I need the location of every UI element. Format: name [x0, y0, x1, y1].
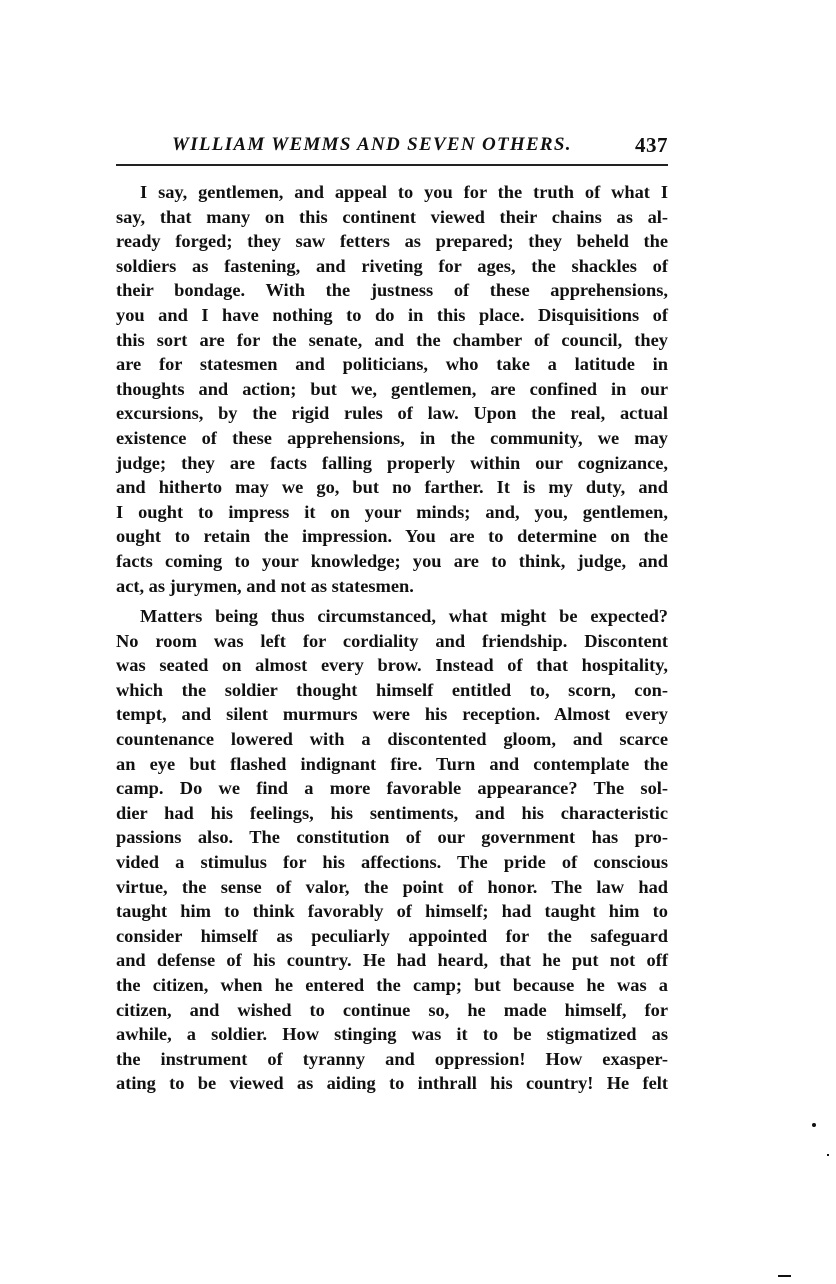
text-line: are for statesmen and politicians, who t…	[116, 352, 668, 377]
text-line: passions also. The constitution of our g…	[116, 825, 668, 850]
text-line: thoughts and action; but we, gentlemen, …	[116, 377, 668, 402]
text-line: which the soldier thought himself entitl…	[116, 678, 668, 703]
header-rule	[116, 164, 668, 166]
text-line: and hitherto may we go, but no farther. …	[116, 475, 668, 500]
text-line: soldiers as fastening, and riveting for …	[116, 254, 668, 279]
text-line: existence of these apprehensions, in the…	[116, 426, 668, 451]
text-line: facts coming to your knowledge; you are …	[116, 549, 668, 574]
running-head: WILLIAM WEMMS AND SEVEN OTHERS. 437	[116, 128, 668, 162]
text-line: judge; they are facts falling properly w…	[116, 451, 668, 476]
scan-speck	[778, 1275, 791, 1277]
text-line: consider himself as peculiarly appointed…	[116, 924, 668, 949]
text-line: camp. Do we find a more favorable appear…	[116, 776, 668, 801]
text-line: say, that many on this continent viewed …	[116, 205, 668, 230]
text-line: this sort are for the senate, and the ch…	[116, 328, 668, 353]
text-line: the citizen, when he entered the camp; b…	[116, 973, 668, 998]
text-line: their bondage. With the justness of thes…	[116, 278, 668, 303]
text-line: ating to be viewed as aiding to inthrall…	[116, 1071, 668, 1096]
text-line: ready forged; they saw fetters as prepar…	[116, 229, 668, 254]
paragraph-1: I say, gentlemen, and appeal to you for …	[116, 180, 668, 598]
page-number: 437	[635, 133, 668, 158]
scan-speck	[812, 1123, 816, 1127]
text-line: vided a stimulus for his affections. The…	[116, 850, 668, 875]
book-page: WILLIAM WEMMS AND SEVEN OTHERS. 437 I sa…	[116, 128, 668, 162]
text-line: Matters being thus circumstanced, what m…	[116, 604, 668, 629]
text-line: dier had his feelings, his sentiments, a…	[116, 801, 668, 826]
text-line: awhile, a soldier. How stinging was it t…	[116, 1022, 668, 1047]
text-line: an eye but flashed indignant fire. Turn …	[116, 752, 668, 777]
text-line: and defense of his country. He had heard…	[116, 948, 668, 973]
body-text: I say, gentlemen, and appeal to you for …	[116, 180, 668, 1096]
text-line: citizen, and wished to continue so, he m…	[116, 998, 668, 1023]
text-line: you and I have nothing to do in this pla…	[116, 303, 668, 328]
running-title: WILLIAM WEMMS AND SEVEN OTHERS.	[172, 134, 572, 156]
text-line: I say, gentlemen, and appeal to you for …	[116, 180, 668, 205]
text-line: virtue, the sense of valor, the point of…	[116, 875, 668, 900]
text-line: the instrument of tyranny and oppression…	[116, 1047, 668, 1072]
scan-speck	[827, 1154, 829, 1156]
text-line: excursions, by the rigid rules of law. U…	[116, 401, 668, 426]
text-line: taught him to think favorably of himself…	[116, 899, 668, 924]
text-line: No room was left for cordiality and frie…	[116, 629, 668, 654]
text-line: ought to retain the impression. You are …	[116, 524, 668, 549]
text-line: countenance lowered with a discontented …	[116, 727, 668, 752]
text-line: tempt, and silent murmurs were his recep…	[116, 702, 668, 727]
text-line: act, as jurymen, and not as statesmen.	[116, 574, 668, 599]
text-line: I ought to impress it on your minds; and…	[116, 500, 668, 525]
paragraph-2: Matters being thus circumstanced, what m…	[116, 604, 668, 1096]
text-line: was seated on almost every brow. Instead…	[116, 653, 668, 678]
